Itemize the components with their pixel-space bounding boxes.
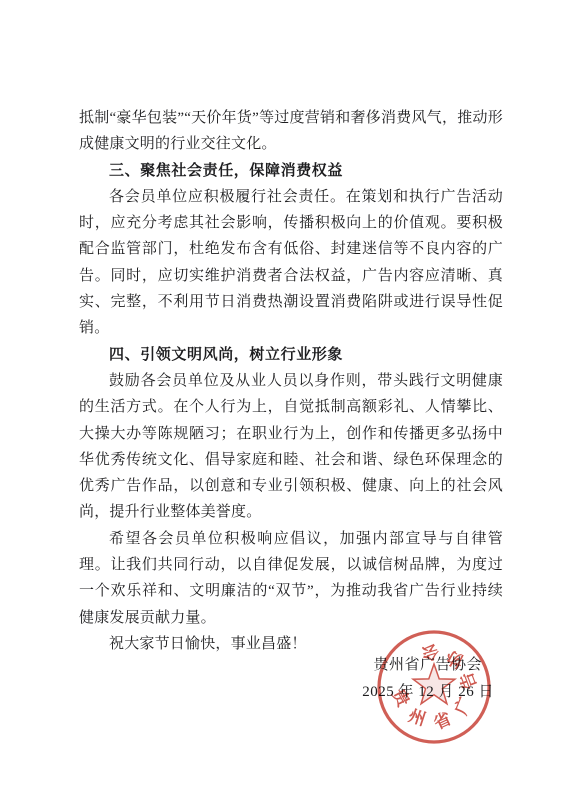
section-heading-4: 四、引领文明风尚，树立行业形象 — [79, 342, 503, 368]
document-page: 抵制“豪华包装”“天价年货”等过度营销和奢侈消费风气，推动形成健康文明的行业交往… — [0, 0, 561, 800]
letter-body: 抵制“豪华包装”“天价年货”等过度营销和奢侈消费风气，推动形成健康文明的行业交往… — [79, 105, 503, 657]
signature-block: 贵州省广告协会 2025 年 12 月 26 日 — [79, 652, 503, 706]
section-heading-3: 三、聚焦社会责任，保障消费权益 — [79, 158, 503, 184]
section-3-paragraph: 各会员单位应积极履行社会责任。在策划和执行广告活动时，应充分考虑其社会影响，传播… — [79, 184, 503, 342]
signature-organization: 贵州省广告协会 — [79, 652, 503, 679]
closing-paragraph: 希望各会员单位积极响应倡议，加强内部宣导与自律管理。让我们共同行动，以自律促发展… — [79, 526, 503, 631]
signature-date: 2025 年 12 月 26 日 — [79, 679, 503, 706]
section-4-paragraph: 鼓励各会员单位及从业人员以身作则，带头践行文明健康的生活方式。在个人行为上，自觉… — [79, 368, 503, 526]
paragraph-continuation: 抵制“豪华包装”“天价年货”等过度营销和奢侈消费风气，推动形成健康文明的行业交往… — [79, 105, 503, 158]
